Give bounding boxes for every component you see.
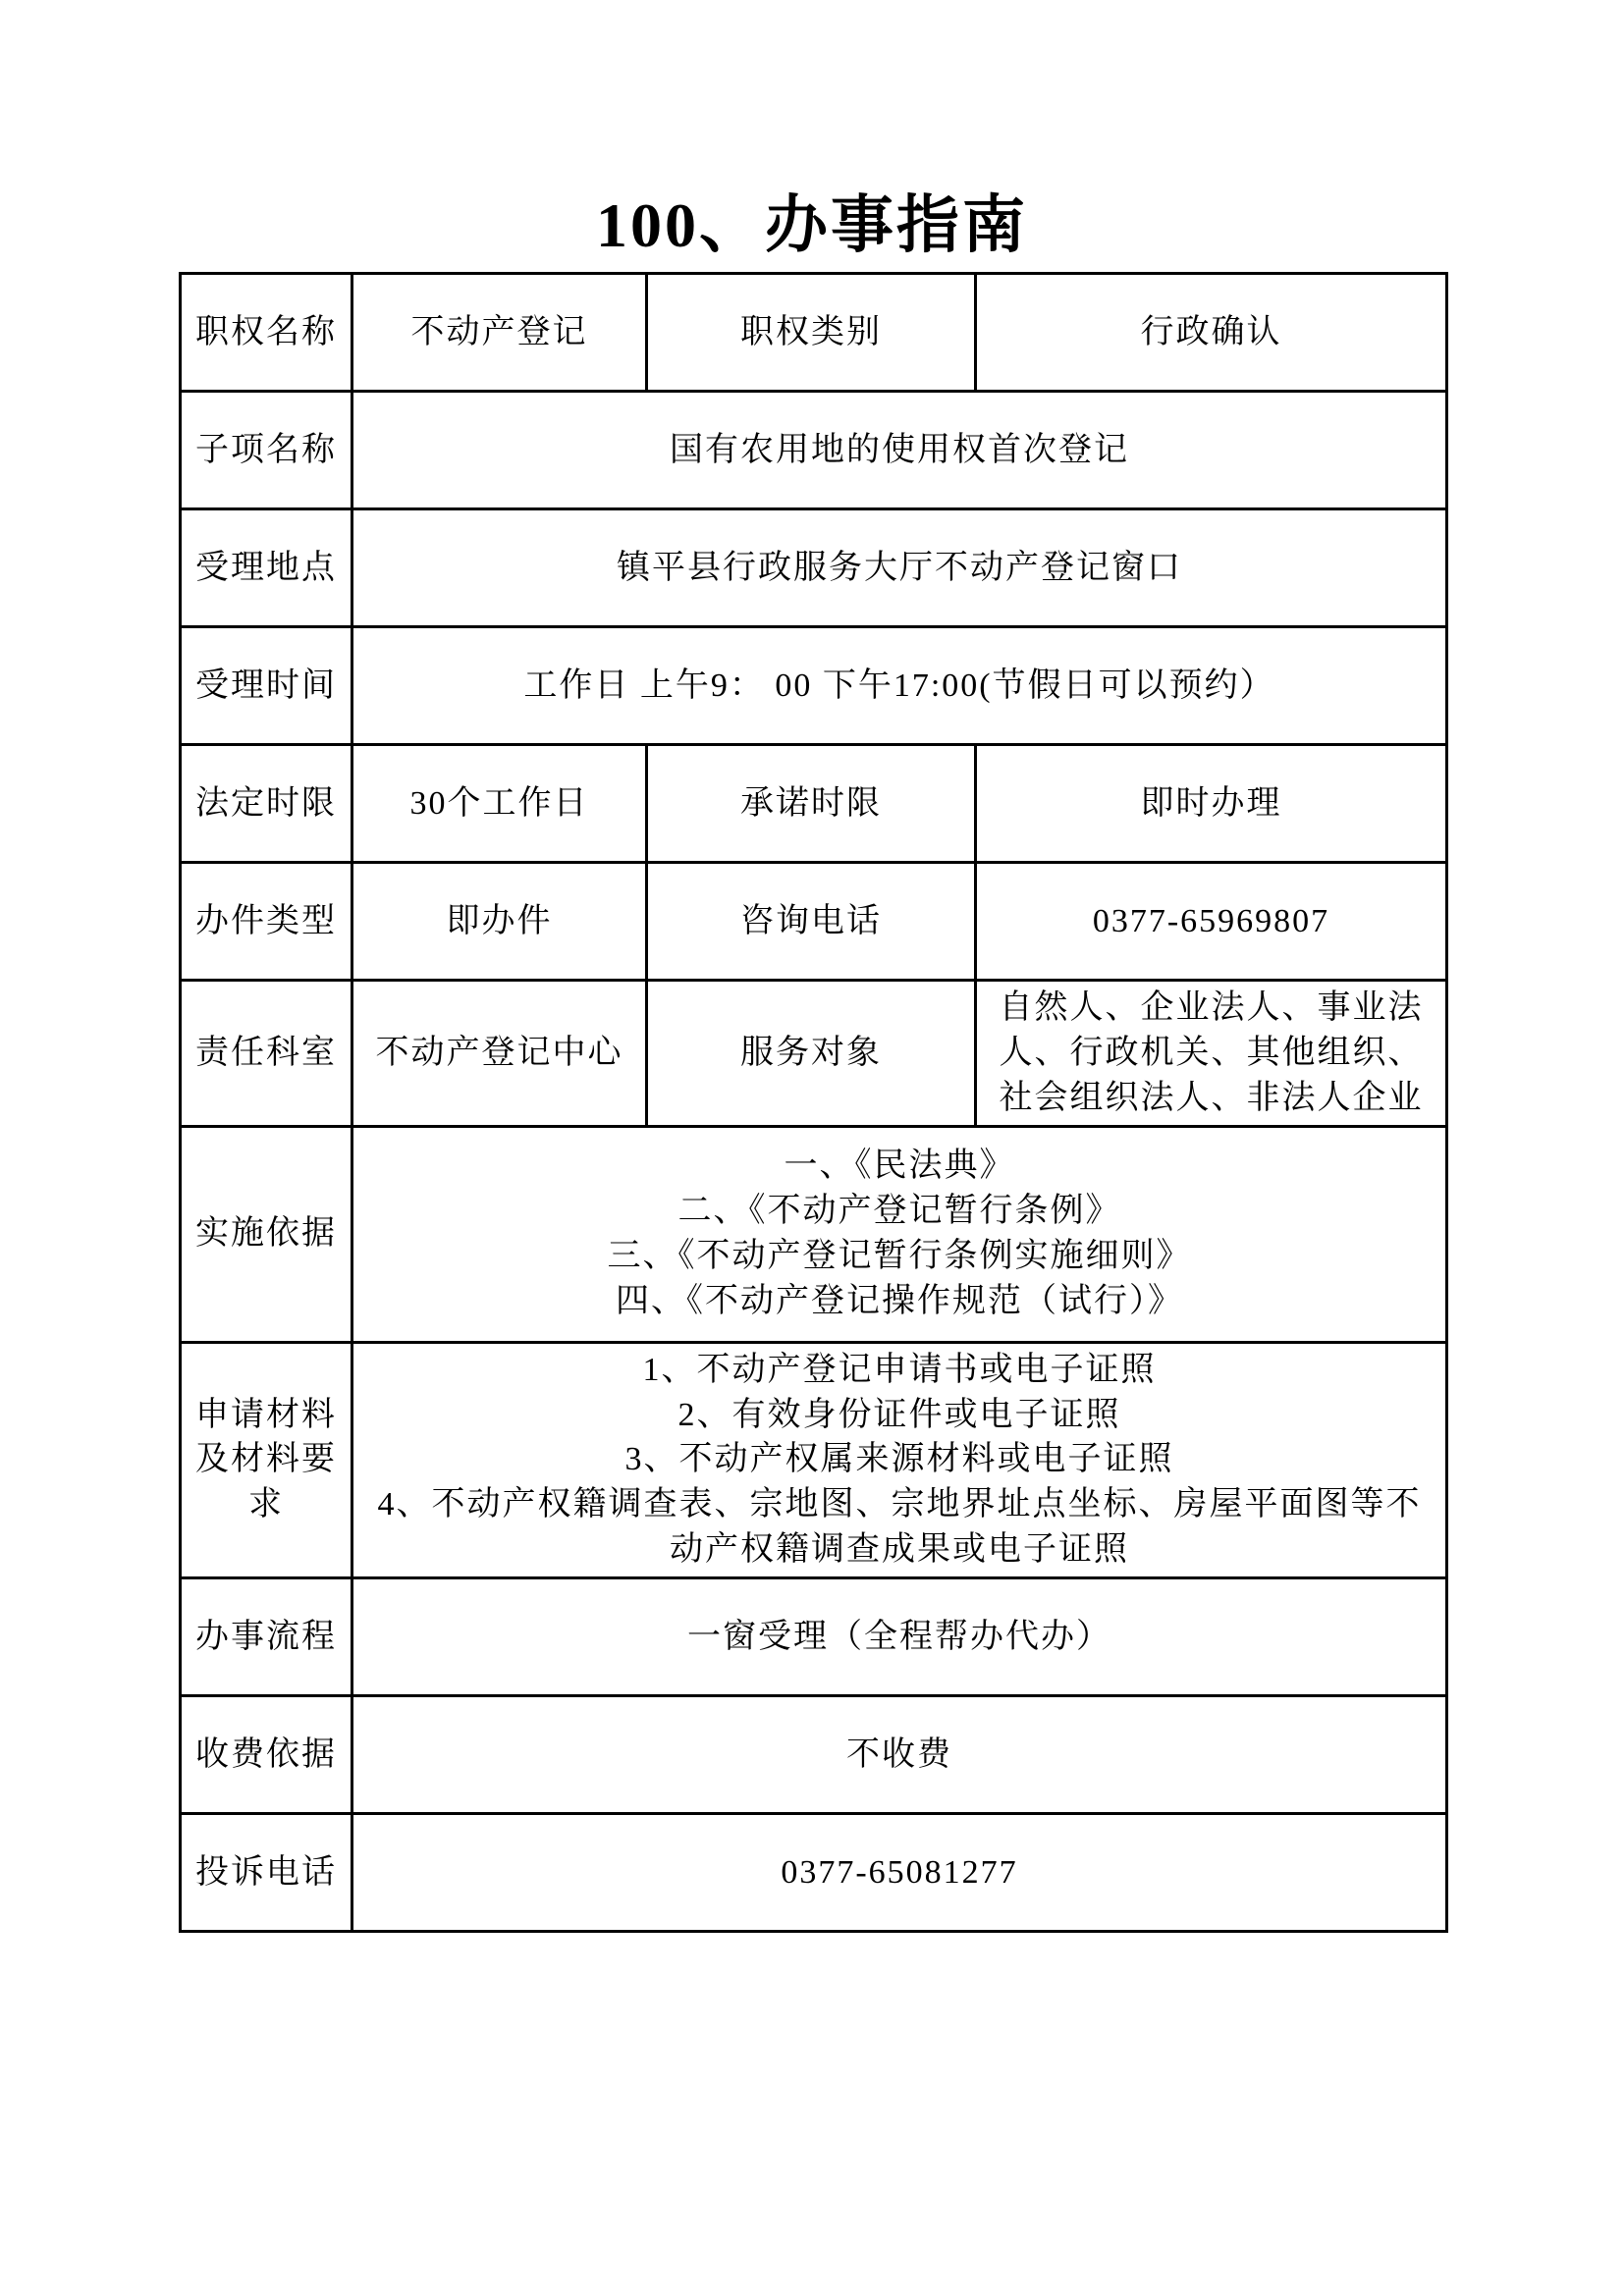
table-row: 受理地点 镇平县行政服务大厅不动产登记窗口 [181,509,1447,627]
complaint-phone-value: 0377-65081277 [352,1814,1447,1932]
table-row: 办件类型 即办件 咨询电话 0377-65969807 [181,863,1447,981]
legal-time-limit-value: 30个工作日 [352,745,647,863]
fee-basis-value: 不收费 [352,1696,1447,1814]
table-row: 投诉电话 0377-65081277 [181,1814,1447,1932]
authority-name-label: 职权名称 [181,274,352,392]
table-row: 子项名称 国有农用地的使用权首次登记 [181,392,1447,509]
acceptance-time-label: 受理时间 [181,627,352,745]
table-row: 申请材料及材料要求 1、不动产登记申请书或电子证照 2、有效身份证件或电子证照 … [181,1342,1447,1577]
fee-basis-label: 收费依据 [181,1696,352,1814]
implementation-basis-list: 一、《民法典》 二、《不动产登记暂行条例》 三、《不动产登记暂行条例实施细则》 … [352,1126,1447,1342]
service-process-label: 办事流程 [181,1578,352,1696]
acceptance-time-value: 工作日 上午9： 00 下午17:00(节假日可以预约） [352,627,1447,745]
item-type-value: 即办件 [352,863,647,981]
sub-item-name-value: 国有农用地的使用权首次登记 [352,392,1447,509]
promised-time-limit-value: 即时办理 [976,745,1447,863]
authority-name-value: 不动产登记 [352,274,647,392]
table-row: 职权名称 不动产登记 职权类别 行政确认 [181,274,1447,392]
table-row: 责任科室 不动产登记中心 服务对象 自然人、企业法人、事业法人、行政机关、其他组… [181,981,1447,1127]
service-guide-table: 职权名称 不动产登记 职权类别 行政确认 子项名称 国有农用地的使用权首次登记 … [179,272,1448,1933]
complaint-phone-label: 投诉电话 [181,1814,352,1932]
document-page: 100、办事指南 职权名称 不动产登记 职权类别 行政确认 子项名称 国有农用地… [0,0,1624,2296]
implementation-basis-label: 实施依据 [181,1126,352,1342]
consultation-phone-value: 0377-65969807 [976,863,1447,981]
page-title: 100、办事指南 [0,175,1624,265]
acceptance-location-label: 受理地点 [181,509,352,627]
item-type-label: 办件类型 [181,863,352,981]
responsible-department-value: 不动产登记中心 [352,981,647,1127]
authority-category-label: 职权类别 [647,274,976,392]
service-target-value: 自然人、企业法人、事业法人、行政机关、其他组织、社会组织法人、非法人企业 [976,981,1447,1127]
service-process-value: 一窗受理（全程帮办代办） [352,1578,1447,1696]
responsible-department-label: 责任科室 [181,981,352,1127]
application-materials-label: 申请材料及材料要求 [181,1342,352,1577]
table-row: 办事流程 一窗受理（全程帮办代办） [181,1578,1447,1696]
authority-category-value: 行政确认 [976,274,1447,392]
promised-time-limit-label: 承诺时限 [647,745,976,863]
table-row: 法定时限 30个工作日 承诺时限 即时办理 [181,745,1447,863]
table-row: 实施依据 一、《民法典》 二、《不动产登记暂行条例》 三、《不动产登记暂行条例实… [181,1126,1447,1342]
service-target-label: 服务对象 [647,981,976,1127]
legal-time-limit-label: 法定时限 [181,745,352,863]
acceptance-location-value: 镇平县行政服务大厅不动产登记窗口 [352,509,1447,627]
table-row: 收费依据 不收费 [181,1696,1447,1814]
consultation-phone-label: 咨询电话 [647,863,976,981]
sub-item-name-label: 子项名称 [181,392,352,509]
application-materials-list: 1、不动产登记申请书或电子证照 2、有效身份证件或电子证照 3、不动产权属来源材… [352,1342,1447,1577]
table-row: 受理时间 工作日 上午9： 00 下午17:00(节假日可以预约） [181,627,1447,745]
